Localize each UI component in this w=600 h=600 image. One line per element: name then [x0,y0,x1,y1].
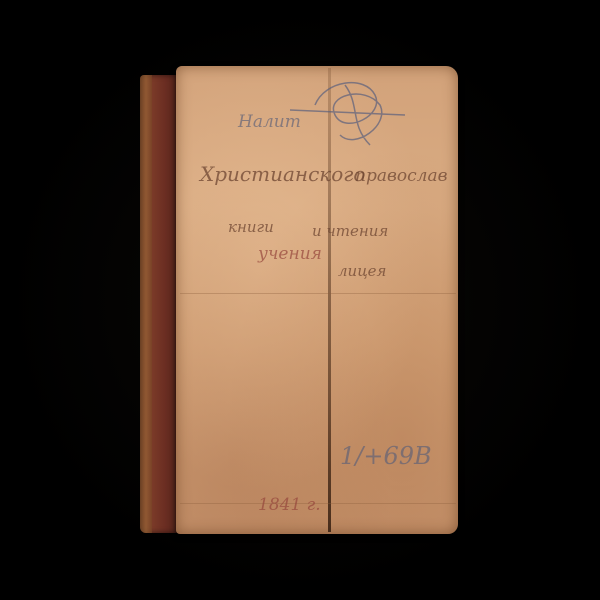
inscription-line3-left: учения [258,244,322,264]
inscription-title-right: православ [355,166,447,186]
inscription-top-label: Налит [238,112,301,132]
inscription-title-left: Христианского [200,162,365,186]
inscription-pencil-code: 1/+69В [340,442,432,470]
pencil-scribble-icon [285,75,415,155]
inscription-line2-right: и чтения [312,222,388,240]
inscription-line3-right: лицея [338,262,387,280]
fold-line [180,293,456,294]
inscription-line2-left: книги [228,218,274,236]
spine-wear [140,75,152,533]
inscription-year: 1841 г. [258,495,321,515]
